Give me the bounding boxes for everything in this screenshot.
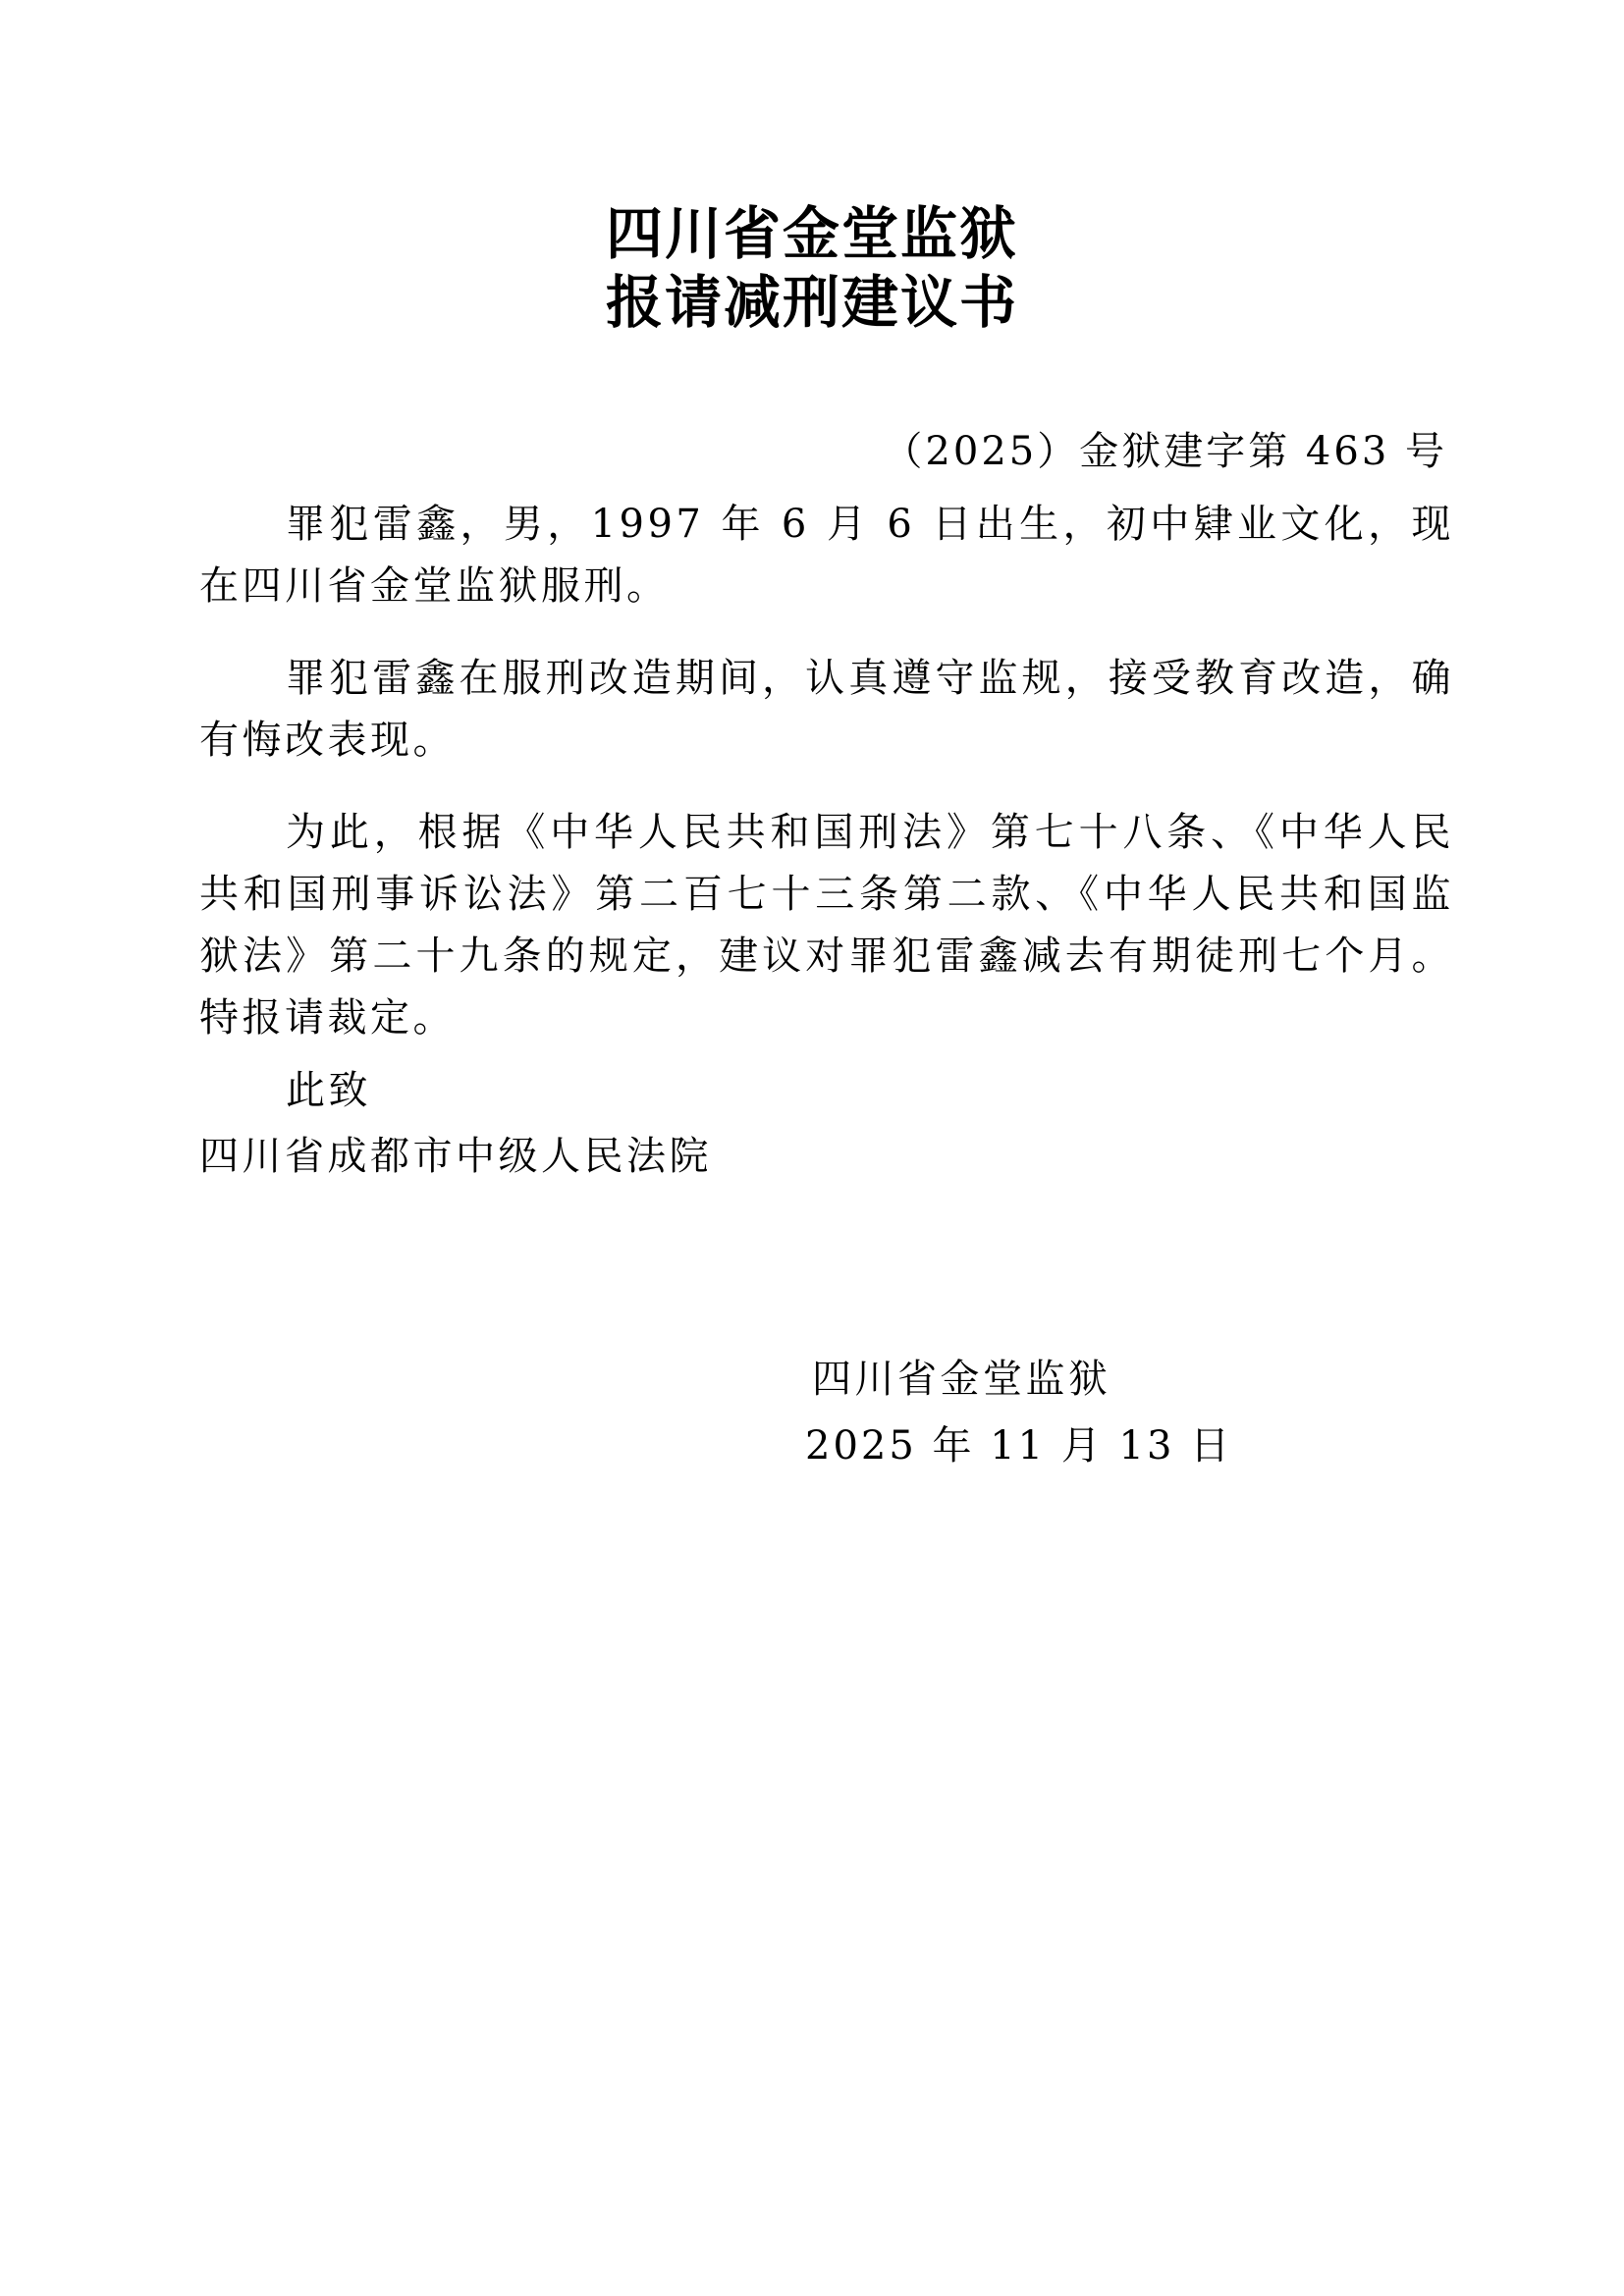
document-title-line1: 四川省金堂监狱 bbox=[0, 199, 1624, 268]
paragraph-text: 罪犯雷鑫在服刑改造期间，认真遵守监规，接受教育改造，确有悔改表现。 bbox=[199, 648, 1454, 772]
paragraph-prisoner-info: 罪犯雷鑫，男，1997 年 6 月 6 日出生，初中肄业文化，现在四川省金堂监狱… bbox=[199, 494, 1454, 617]
paragraph-text: 罪犯雷鑫，男，1997 年 6 月 6 日出生，初中肄业文化，现在四川省金堂监狱… bbox=[199, 494, 1454, 617]
signer-organization: 四川省金堂监狱 bbox=[812, 1352, 1111, 1407]
salutation: 此致 bbox=[286, 1063, 371, 1118]
paragraph-legal-basis: 为此，根据《中华人民共和国刑法》第七十八条、《中华人民共和国刑事诉讼法》第二百七… bbox=[199, 802, 1454, 1049]
signing-date: 2025 年 11 月 13 日 bbox=[805, 1418, 1232, 1473]
document-title-line2: 报请减刑建议书 bbox=[0, 268, 1624, 337]
paragraph-behavior: 罪犯雷鑫在服刑改造期间，认真遵守监规，接受教育改造，确有悔改表现。 bbox=[199, 648, 1454, 772]
document-page: 四川省金堂监狱 报请减刑建议书 （2025）金狱建字第 463 号 罪犯雷鑫，男… bbox=[0, 0, 1624, 2296]
paragraph-text: 为此，根据《中华人民共和国刑法》第七十八条、《中华人民共和国刑事诉讼法》第二百七… bbox=[199, 802, 1454, 1049]
recipient-court: 四川省成都市中级人民法院 bbox=[199, 1129, 712, 1184]
document-number: （2025）金狱建字第 463 号 bbox=[883, 424, 1447, 479]
